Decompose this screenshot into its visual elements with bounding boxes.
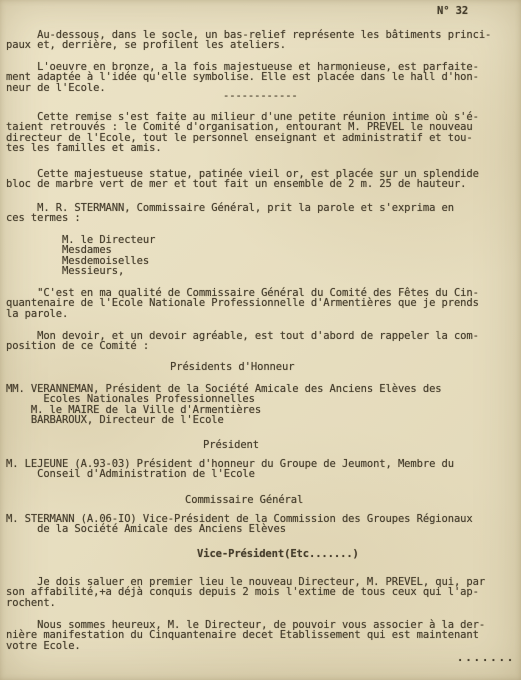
text-line: votre Ecole.: [6, 641, 485, 651]
trailing-dots: .......: [457, 653, 515, 663]
text-line: BARBAROUX, Directeur de l'Ecole: [6, 415, 442, 425]
heading-president: Président: [203, 440, 259, 450]
paragraph-saluer: Je dois saluer en premier lieu le nouvea…: [6, 577, 485, 608]
president-entry: M. LEJEUNE (A.93-03) Président d'honneur…: [6, 459, 454, 480]
page-number: N° 32: [437, 6, 468, 16]
paragraph-qualite: "C'est en ma qualité de Commissaire Géné…: [6, 288, 479, 319]
salutation-list: M. le Directeur Mesdames Mesdemoiselles …: [6, 235, 155, 277]
paragraph-oeuvre-bronze: L'oeuvre en bronze, a la fois majestueus…: [6, 62, 479, 93]
honor-presidents-list: MM. VERANNEMAN, Président de la Société …: [6, 384, 442, 426]
text-line: tes les familles et amis.: [6, 143, 479, 153]
text-line: Conseil d'Administration de l'Ecole: [6, 469, 454, 479]
text-line: ces termes :: [6, 213, 454, 223]
text-line: bloc de marbre vert de mer et tout fait …: [6, 179, 479, 189]
paragraph-statue: Cette majestueuse statue, patinée vieil …: [6, 169, 479, 190]
paragraph-bas-relief: Au-dessous, dans le socle, un bas-relief…: [6, 30, 491, 51]
heading-vice-president: Vice-Président(Etc.......): [197, 549, 359, 559]
dashed-separator: ------------: [223, 91, 298, 101]
heading-presidents-honneur: Présidents d'Honneur: [170, 362, 294, 372]
heading-commissaire-general: Commissaire Général: [185, 495, 303, 505]
paragraph-stermann-intro: M. R. STERMANN, Commissaire Général, pri…: [6, 203, 454, 224]
paragraph-remise: Cette remise s'est faite au milieur d'un…: [6, 112, 479, 154]
typewritten-document-page: N° 32 Au-dessous, dans le socle, un bas-…: [0, 0, 521, 680]
text-line: quantenaire de l'Ecole Nationale Profess…: [6, 298, 479, 308]
text-line: rochent.: [6, 598, 485, 608]
text-line: la parole.: [6, 309, 479, 319]
text-line: position de ce Comité :: [6, 341, 479, 351]
paragraph-devoir: Mon devoir, et un devoir agréable, est t…: [6, 331, 479, 352]
commissaire-entry: M. STERMANN (A.06-IO) Vice-Président de …: [6, 514, 473, 535]
text-line: de la Société Amicale des Anciens Elèves: [6, 524, 473, 534]
text-line: son affabilité,+a déjà conquis depuis 2 …: [6, 587, 485, 597]
paragraph-heureux: Nous sommes heureux, M. le Directeur, de…: [6, 620, 485, 651]
text-line: paux et, derrière, se profilent les atel…: [6, 40, 491, 50]
text-line: Messieurs,: [6, 266, 155, 276]
